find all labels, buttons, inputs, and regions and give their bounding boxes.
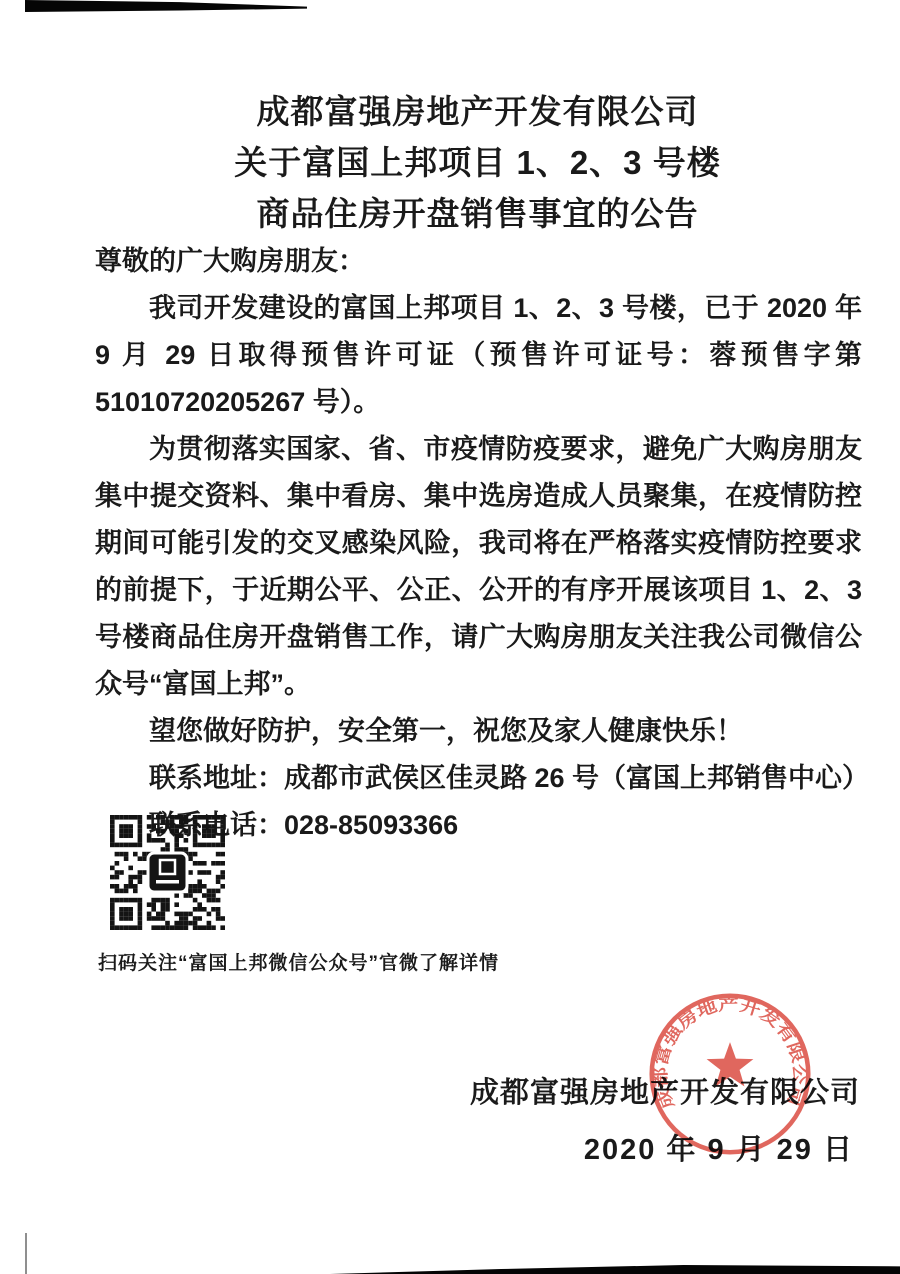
signature-block: 成都富强房地产开发有限公司 2020 年 9 月 29 日: [470, 1070, 860, 1168]
contact-address-line: 联系地址：成都市武侯区佳灵路 26 号（富国上邦销售中心）: [95, 755, 862, 802]
document-title: 成都富强房地产开发有限公司 关于富国上邦项目 1、2、3 号楼 商品住房开盘销售…: [95, 86, 860, 239]
title-line-2: 关于富国上邦项目 1、2、3 号楼: [95, 137, 860, 188]
paragraph-presale-permit: 我司开发建设的富国上邦项目 1、2、3 号楼，已于 2020 年 9 月 29 …: [95, 285, 862, 426]
title-line-3: 商品住房开盘销售事宜的公告: [95, 188, 860, 239]
wish-line: 望您做好防护，安全第一，祝您及家人健康快乐！: [95, 708, 862, 755]
announcement-document: 成都富强房地产开发有限公司 关于富国上邦项目 1、2、3 号楼 商品住房开盘销售…: [0, 0, 900, 1274]
paragraph-epidemic-notice: 为贯彻落实国家、省、市疫情防疫要求，避免广大购房朋友集中提交资料、集中看房、集中…: [95, 426, 862, 708]
signature-date: 2020 年 9 月 29 日: [470, 1127, 860, 1168]
greeting-line: 尊敬的广大购房朋友：: [95, 238, 862, 285]
qr-code: [110, 815, 225, 930]
scan-artifact-bottom: [330, 1265, 900, 1274]
qr-caption: 扫码关注“富国上邦微信公众号”官微了解详情: [98, 948, 499, 975]
scan-artifact-left-line: [25, 1233, 27, 1274]
signature-company: 成都富强房地产开发有限公司: [470, 1070, 860, 1111]
scan-artifact-top: [25, 0, 307, 12]
document-body: 尊敬的广大购房朋友： 我司开发建设的富国上邦项目 1、2、3 号楼，已于 202…: [95, 238, 862, 849]
title-line-1: 成都富强房地产开发有限公司: [95, 86, 860, 137]
